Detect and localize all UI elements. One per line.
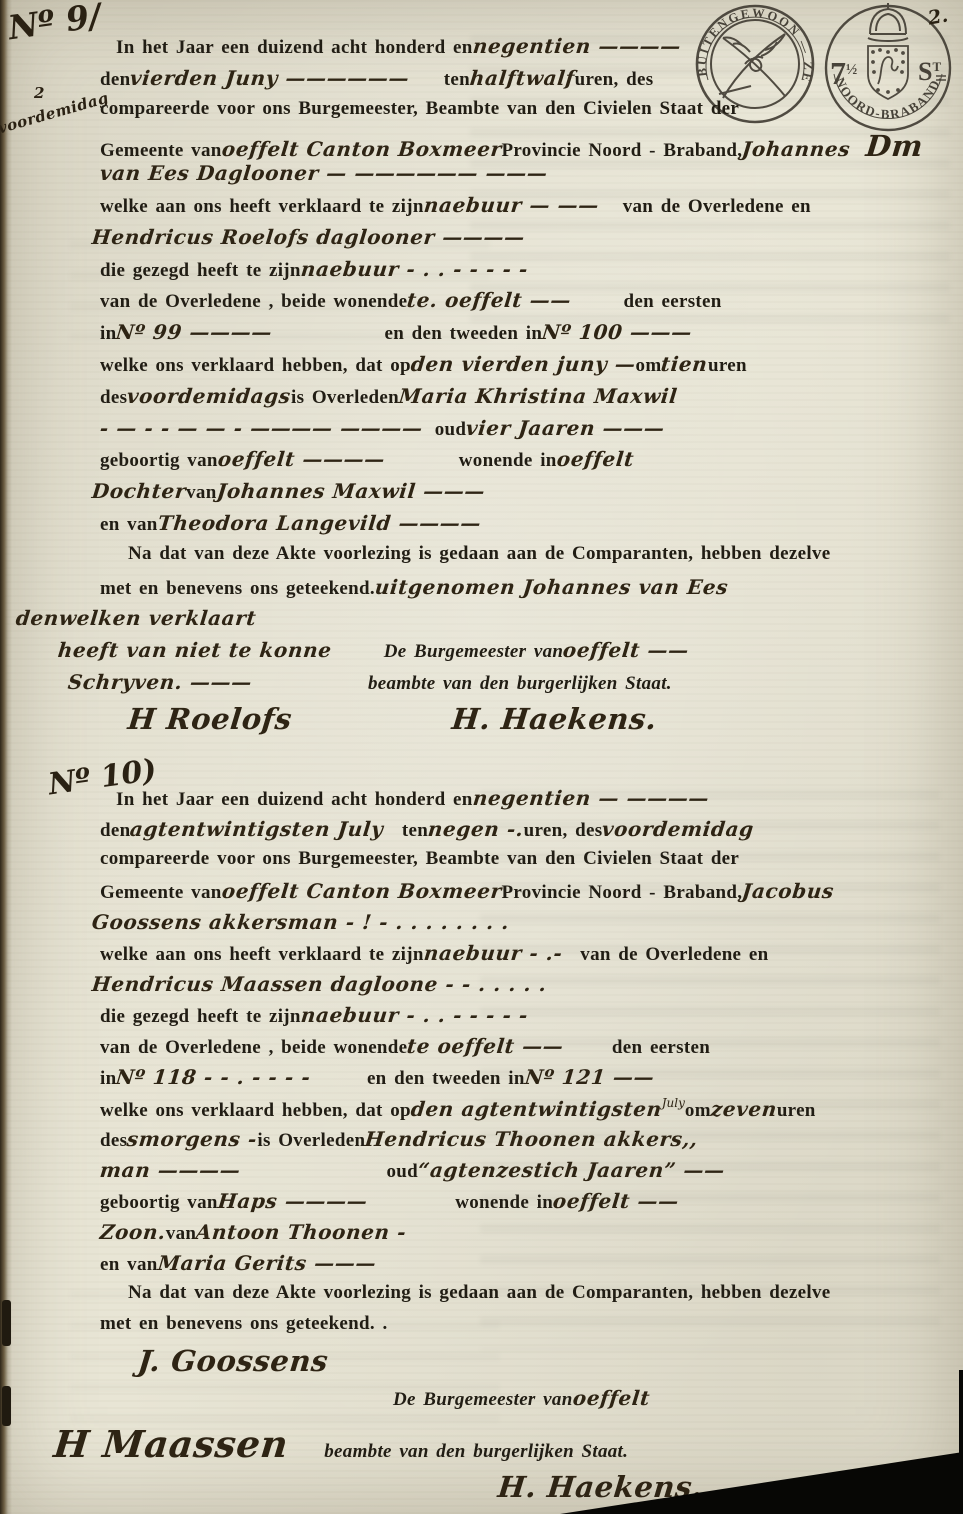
record-line: In het Jaar een duizend acht honderd en …: [8, 34, 957, 66]
handwritten-entry: naebuur - . . - - - - -: [300, 1003, 530, 1027]
printed-form-text: den: [100, 69, 130, 91]
record-line: van de Overledene , beide wonende te. oe…: [8, 288, 957, 320]
printed-form-text: wonende in: [455, 1192, 553, 1214]
record-line: in Nº 99 ————en den tweeden in Nº 100 ——…: [8, 320, 957, 352]
record-line: welke aan ons heeft verklaard te zijn na…: [8, 941, 957, 972]
record-line: Gemeente van oeffelt Canton Boxmeer Prov…: [8, 879, 957, 910]
printed-italic-text: beambte van den burgerlijken Staat.: [368, 673, 672, 695]
printed-form-text: den: [100, 820, 130, 842]
printed-form-text: welke ons verklaard hebben, dat op: [100, 355, 411, 377]
record-line: Schryven. ———beambte van den burgerlijke…: [8, 670, 957, 702]
handwritten-entry: Dochter: [91, 479, 188, 503]
handwritten-entry: te oeffelt ——: [406, 1034, 565, 1058]
record-line: Goossens akkersman - ! - . . . . . . . .: [8, 910, 957, 941]
printed-form-text: uren, des: [575, 69, 654, 91]
record-line: Gemeente van oeffelt Canton Boxmeer Prov…: [8, 129, 957, 161]
handwritten-entry: smorgens -: [126, 1127, 259, 1151]
record-line: H RoelofsH. Haekens.: [8, 702, 957, 750]
handwritten-entry: den vierden juny —: [410, 352, 637, 376]
handwritten-superscript: July: [662, 1096, 685, 1110]
printed-form-text: en van: [100, 514, 158, 536]
record-line: des voordemidags is Overleden Maria Khri…: [8, 384, 957, 416]
handwritten-entry: naebuur — ——: [422, 193, 599, 217]
scanned-register-page: { "page_note": "2.", "stamps": { "seal":…: [0, 0, 963, 1514]
handwritten-entry: oeffelt ——: [562, 638, 690, 662]
handwritten-entry: H Maassen: [52, 1422, 291, 1466]
handwritten-entry: Jacobus: [741, 879, 835, 903]
printed-form-text: die gezegd heeft te zijn: [100, 260, 301, 282]
printed-form-text: welke aan ons heeft verklaard te zijn: [100, 196, 424, 218]
record-line: en van Maria Gerits ———: [8, 1251, 957, 1282]
record-line: van de Overledene , beide wonende te oef…: [8, 1034, 957, 1065]
printed-form-text: uren: [777, 1100, 816, 1122]
record-line: den vierden Juny ——————ten halftwalf ure…: [8, 66, 957, 98]
record-line: met en benevens ons geteekend. .: [8, 1313, 957, 1344]
printed-form-text: om: [636, 355, 662, 377]
record-line: denwelken verklaart: [8, 606, 957, 638]
handwritten-entry: halftwalf: [469, 66, 576, 90]
handwritten-entry: man ————: [99, 1158, 242, 1182]
printed-italic-text: beambte van den burgerlijken Staat.: [324, 1441, 628, 1463]
handwritten-entry: “agtenzestich Jaaren” ——: [417, 1158, 726, 1182]
handwritten-entry: Theodora Langevild ————: [156, 511, 482, 535]
handwritten-entry: Nº 121 ——: [523, 1065, 655, 1089]
handwritten-entry: tien: [660, 352, 709, 376]
printed-form-text: van de Overledene en: [623, 196, 811, 218]
printed-form-text: Provincie Noord - Braband,: [501, 882, 742, 904]
record-line: geboortig van oeffelt ————wonende in oef…: [8, 447, 957, 479]
handwritten-entry: oeffelt: [555, 447, 635, 471]
handwritten-entry: voordemidags: [126, 384, 292, 408]
handwritten-entry: Maria Khristina Maxwil: [398, 384, 679, 408]
handwritten-entry: voordemidag: [601, 817, 755, 841]
record-line: Dochter van Johannes Maxwil ———: [8, 479, 957, 511]
printed-form-text: van: [166, 1223, 196, 1245]
handwritten-entry: Zoon.: [99, 1220, 167, 1244]
handwritten-entry: Hendricus Roelofs daglooner ————: [91, 225, 526, 249]
handwritten-entry: uitgenomen Johannes van Ees: [374, 575, 730, 599]
printed-form-text: geboortig van: [100, 450, 218, 472]
handwritten-entry: Dm: [865, 129, 926, 163]
printed-form-text: met en benevens ons geteekend. .: [100, 1313, 388, 1335]
record-line: welke aan ons heeft verklaard te zijn na…: [8, 193, 957, 225]
death-record-no-10: In het Jaar een duizend acht honderd en …: [8, 786, 957, 1510]
printed-form-text: geboortig van: [100, 1192, 218, 1214]
handwritten-entry: Nº 118 - - . - - - -: [115, 1065, 312, 1089]
printed-form-text: uren, des: [524, 820, 603, 842]
printed-form-text: Na dat van deze Akte voorlezing is gedaa…: [128, 543, 830, 565]
handwritten-entry: vier Jaaren ———: [465, 416, 666, 440]
handwritten-entry: zeven: [710, 1097, 778, 1121]
record-line: Zoon. van Antoon Thoonen -: [8, 1220, 957, 1251]
printed-form-text: en den tweeden in: [367, 1068, 525, 1090]
printed-form-text: en den tweeden in: [385, 323, 543, 345]
record-line: welke ons verklaard hebben, dat op den v…: [8, 352, 957, 384]
record-line: Hendricus Roelofs daglooner ————: [8, 225, 957, 257]
handwritten-entry: oeffelt Canton Boxmeer: [220, 879, 502, 903]
handwritten-entry: Hendricus Thoonen akkers,,: [364, 1127, 699, 1151]
printed-form-text: des: [100, 387, 127, 409]
record-line: - — - - — — - ———— ———— oud vier Jaaren …: [8, 416, 957, 448]
handwritten-entry: den agtentwintigsten: [410, 1097, 663, 1121]
printed-form-text: van de Overledene , beide wonende: [100, 291, 407, 313]
handwritten-entry: van Ees Daglooner — —————— ———: [99, 161, 549, 185]
handwritten-entry: Hendricus Maassen dagloone - - . . . . .: [91, 972, 548, 996]
record-line: des smorgens - is Overleden Hendricus Th…: [8, 1127, 957, 1158]
printed-italic-text: De Burgemeester van: [393, 1389, 573, 1411]
record-line: heeft van niet te konne De Burgemeester …: [8, 638, 957, 670]
handwritten-entry: heeft van niet te konne: [57, 638, 333, 662]
handwritten-entry: naebuur - . . - - - - -: [300, 257, 530, 281]
printed-form-text: In het Jaar een duizend acht honderd en: [116, 789, 473, 811]
handwritten-entry: oeffelt Canton Boxmeer: [220, 137, 502, 161]
page-edge-background: [959, 1370, 963, 1514]
handwritten-entry: Goossens akkersman - ! - . . . . . . . .: [91, 910, 511, 934]
printed-form-text: welke aan ons heeft verklaard te zijn: [100, 944, 424, 966]
handwritten-entry: te. oeffelt ——: [406, 288, 573, 312]
printed-form-text: wonende in: [459, 450, 557, 472]
record-line: geboortig van Haps ————wonende in oeffel…: [8, 1189, 957, 1220]
printed-form-text: ten: [444, 69, 470, 91]
printed-form-text: Provincie Noord - Braband,: [501, 140, 742, 162]
printed-form-text: oud: [435, 419, 467, 441]
record-line: J. Goossens: [8, 1344, 957, 1386]
page-number-note: 2.: [926, 4, 949, 29]
handwritten-entry: Maria Gerits ———: [156, 1251, 377, 1275]
record-line: H Maassenbeambte van den burgerlijken St…: [8, 1422, 957, 1470]
record-line: compareerde voor ons Burgemeester, Beamb…: [8, 848, 957, 879]
record-line: die gezegd heeft te zijn naebuur - . . -…: [8, 1003, 957, 1034]
handwritten-entry: Johannes: [741, 137, 852, 161]
handwritten-entry: agtentwintigsten July: [129, 817, 385, 841]
handwritten-entry: negen -.: [427, 817, 525, 841]
record-line: In het Jaar een duizend acht honderd en …: [8, 786, 957, 817]
record-line: den agtentwintigsten July ten negen -. u…: [8, 817, 957, 848]
record-line: Na dat van deze Akte voorlezing is gedaa…: [8, 1282, 957, 1313]
handwritten-entry: Nº 99 ————: [115, 320, 274, 344]
printed-form-text: met en benevens ons geteekend.: [100, 578, 375, 600]
record-line: man ————oud “agtenzestich Jaaren” ——: [8, 1158, 957, 1189]
record-line: Na dat van deze Akte voorlezing is gedaa…: [8, 543, 957, 575]
handwritten-entry: J. Goossens: [136, 1344, 330, 1378]
printed-form-text: compareerde voor ons Burgemeester, Beamb…: [100, 98, 739, 120]
printed-form-text: die gezegd heeft te zijn: [100, 1006, 301, 1028]
record-line: met en benevens ons geteekend. uitgenome…: [8, 575, 957, 607]
printed-form-text: Gemeente van: [100, 882, 222, 904]
handwritten-entry: vierden Juny ——————: [129, 66, 411, 90]
printed-form-text: welke ons verklaard hebben, dat op: [100, 1100, 411, 1122]
handwritten-entry: Haps ————: [217, 1189, 369, 1213]
handwritten-entry: H. Haekens.: [450, 702, 658, 736]
printed-form-text: des: [100, 1130, 127, 1152]
record-line: Hendricus Maassen dagloone - - . . . . .: [8, 972, 957, 1003]
record-line: welke ons verklaard hebben, dat op den a…: [8, 1096, 957, 1127]
handwritten-entry: Nº 100 ———: [541, 320, 693, 344]
printed-form-text: is Overleden: [291, 387, 399, 409]
printed-form-text: oud: [386, 1161, 418, 1183]
printed-form-text: Gemeente van: [100, 140, 222, 162]
printed-form-text: van de Overledene , beide wonende: [100, 1037, 407, 1059]
handwritten-entry: oeffelt ————: [217, 447, 387, 471]
record-line: die gezegd heeft te zijn naebuur - . . -…: [8, 257, 957, 289]
printed-form-text: In het Jaar een duizend acht honderd en: [116, 37, 473, 59]
printed-form-text: en van: [100, 1254, 158, 1276]
record-line: en van Theodora Langevild ————: [8, 511, 957, 543]
handwritten-entry: H Roelofs: [126, 702, 294, 736]
record-line: in Nº 118 - - . - - - -en den tweeden in…: [8, 1065, 957, 1096]
printed-form-text: den eersten: [623, 291, 721, 313]
printed-form-text: van: [186, 482, 216, 504]
handwritten-entry: denwelken verklaart: [15, 606, 258, 630]
printed-form-text: is Overleden: [257, 1130, 365, 1152]
printed-form-text: compareerde voor ons Burgemeester, Beamb…: [100, 848, 739, 870]
handwritten-entry: oeffelt: [571, 1386, 651, 1410]
handwritten-entry: negentien — ————: [471, 786, 710, 810]
printed-italic-text: De Burgemeester van: [384, 641, 564, 663]
handwritten-entry: - — - - — — - ———— ————: [99, 416, 424, 440]
printed-form-text: om: [685, 1100, 711, 1122]
printed-form-text: uren: [708, 355, 747, 377]
handwritten-entry: Johannes Maxwil ———: [215, 479, 486, 503]
death-record-no-9: In het Jaar een duizend acht honderd en …: [8, 34, 957, 750]
handwritten-entry: negentien ————: [471, 34, 682, 58]
handwritten-entry: oeffelt ——: [552, 1189, 680, 1213]
record-line: compareerde voor ons Burgemeester, Beamb…: [8, 98, 957, 130]
printed-form-text: den eersten: [612, 1037, 710, 1059]
handwritten-entry: naebuur - .-: [422, 941, 563, 965]
handwritten-entry: Antoon Thoonen -: [195, 1220, 408, 1244]
record-line: De Burgemeester van oeffelt: [8, 1386, 957, 1422]
printed-form-text: Na dat van deze Akte voorlezing is gedaa…: [128, 1282, 830, 1304]
printed-form-text: ten: [402, 820, 428, 842]
handwritten-entry: Schryven. ———: [67, 670, 253, 694]
printed-form-text: van de Overledene en: [580, 944, 768, 966]
record-line: van Ees Daglooner — —————— ———: [8, 161, 957, 193]
